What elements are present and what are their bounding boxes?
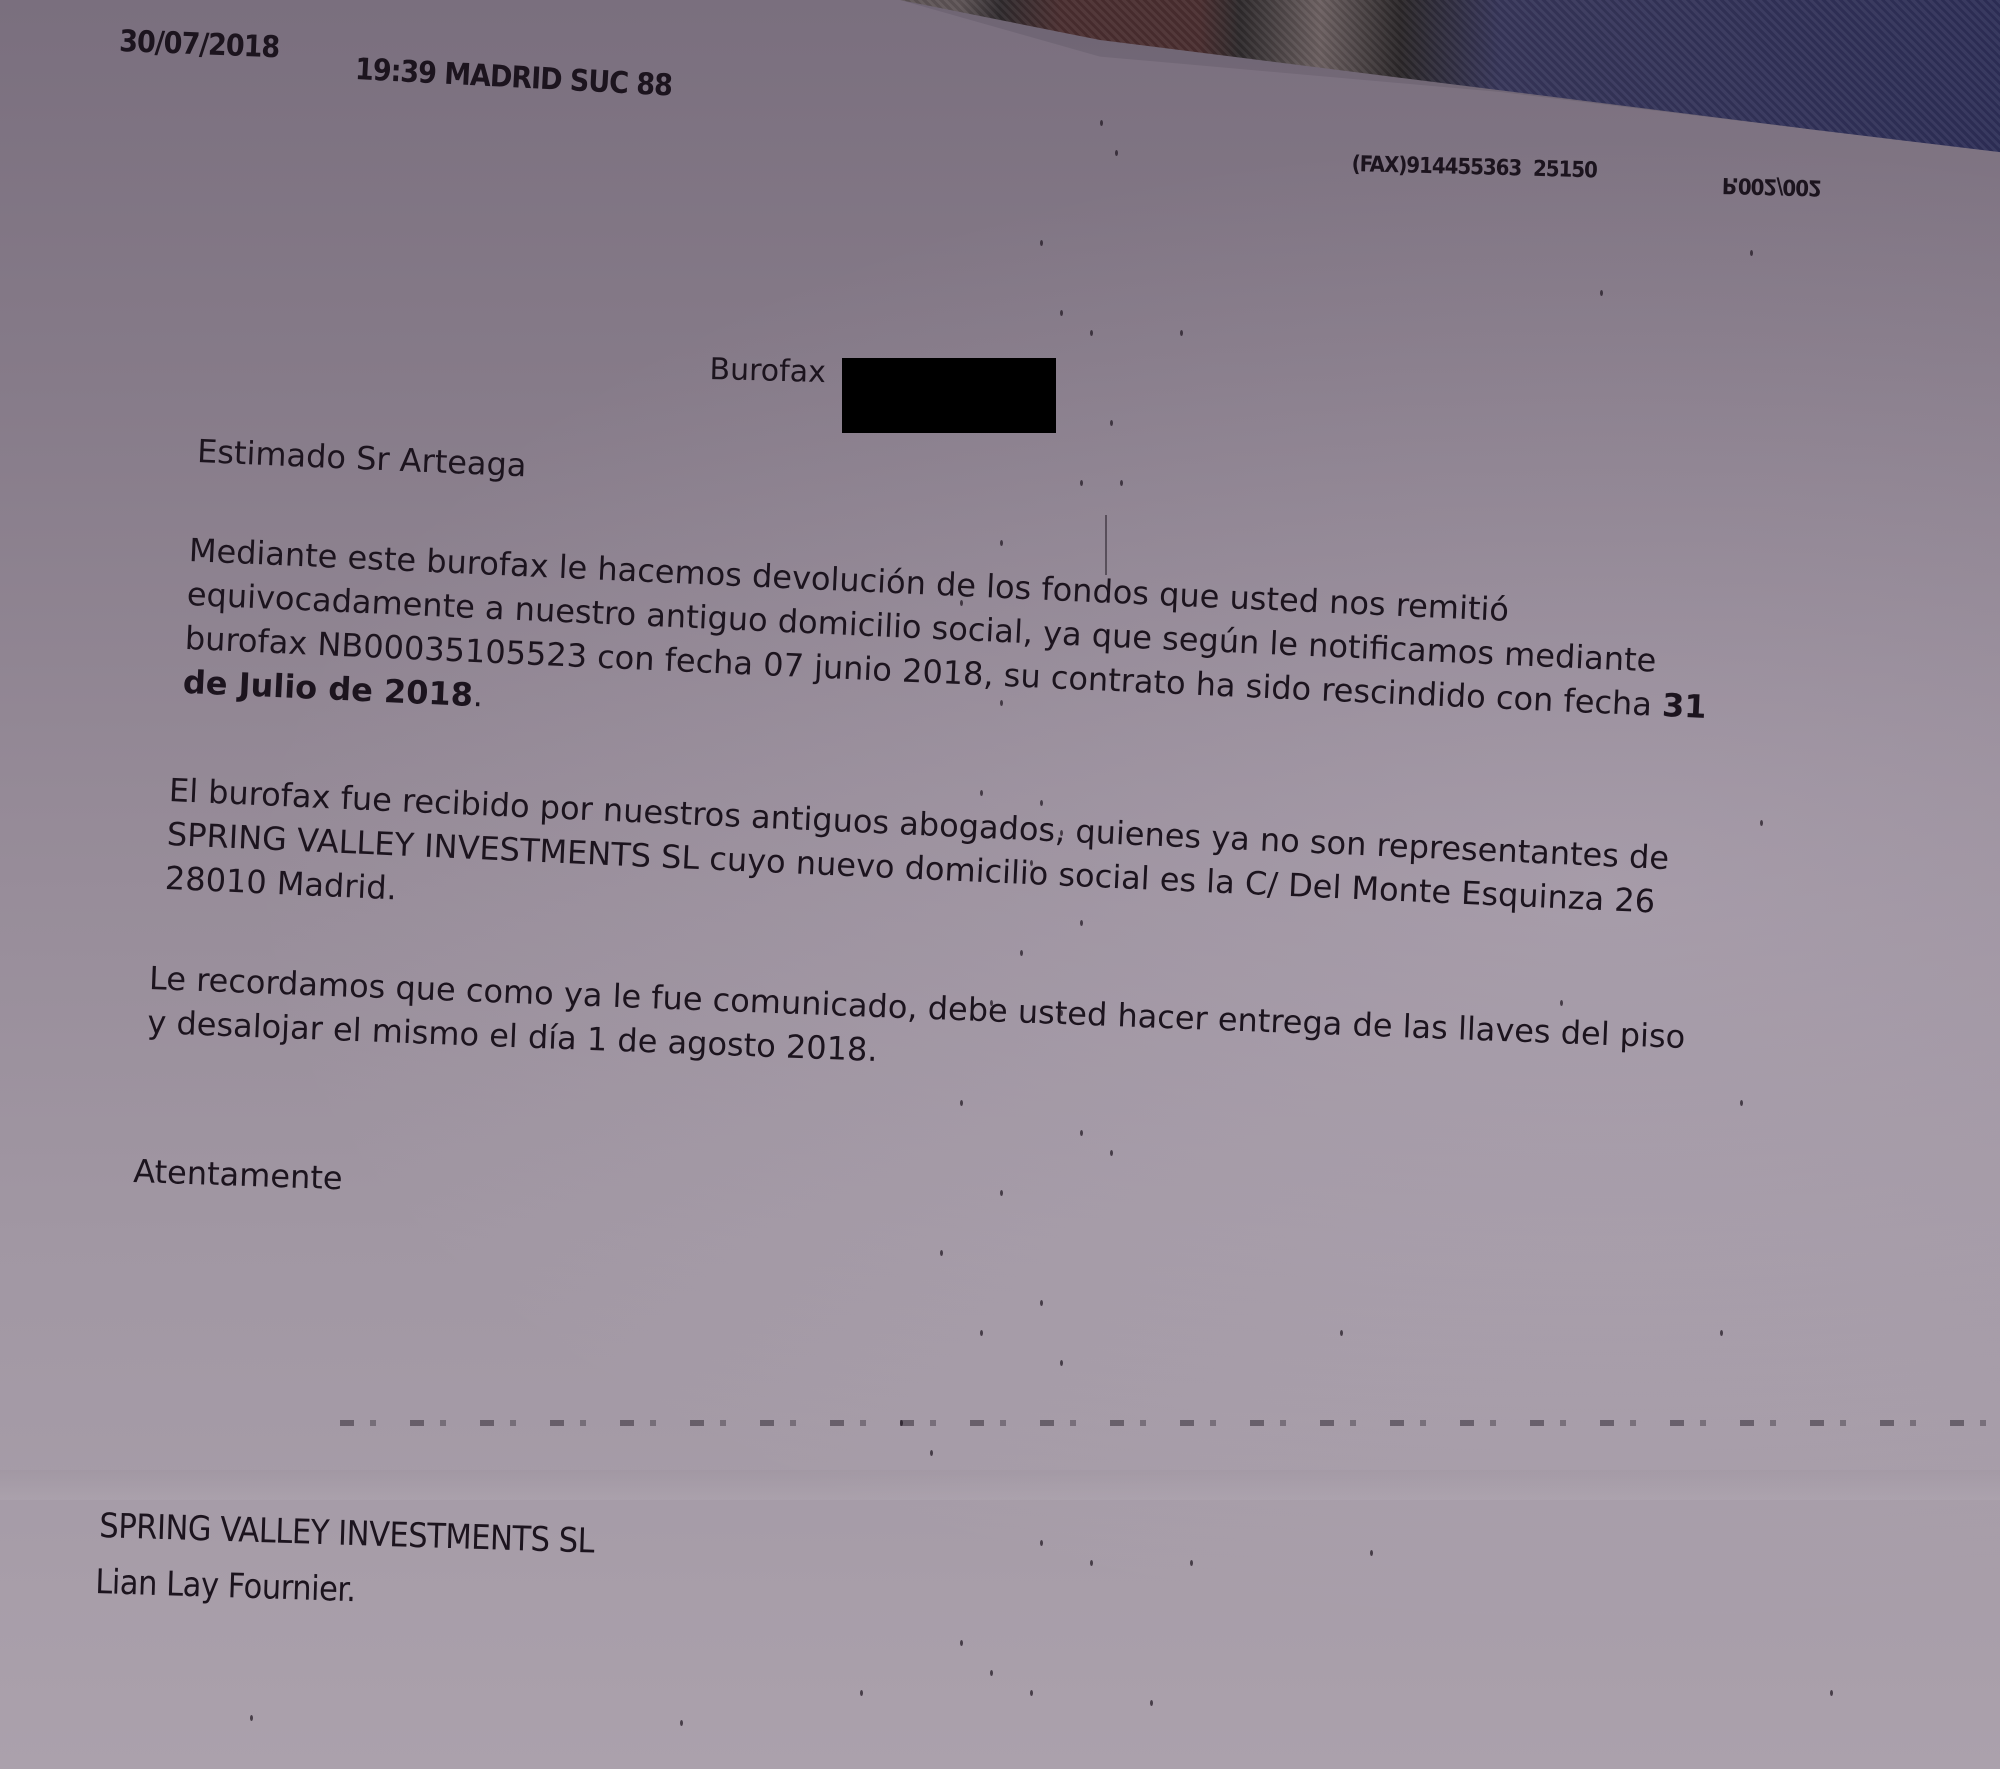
speck xyxy=(960,1100,963,1106)
speck xyxy=(1760,820,1763,826)
speck xyxy=(1030,860,1033,866)
speck xyxy=(1060,1010,1063,1016)
speck xyxy=(1720,1330,1723,1336)
speck xyxy=(1115,150,1118,156)
speck xyxy=(1150,1700,1153,1706)
speck xyxy=(1080,1130,1083,1136)
speck xyxy=(1110,420,1113,426)
document-title: Burofax xyxy=(709,352,826,390)
speck xyxy=(1080,920,1083,926)
speck xyxy=(1060,1360,1063,1366)
speck xyxy=(1080,480,1083,486)
speck xyxy=(940,1250,943,1256)
speck xyxy=(1060,310,1063,316)
redaction-box xyxy=(842,358,1056,433)
speck xyxy=(1030,1690,1033,1696)
speck xyxy=(1740,1100,1743,1106)
paper-fold xyxy=(0,1470,2000,1500)
signature-name: Lian Lay Fournier. xyxy=(95,1562,356,1610)
speck xyxy=(1750,250,1753,256)
paragraph-2: El burofax fue recibido por nuestros ant… xyxy=(164,768,1670,968)
ink-mark xyxy=(1105,515,1107,575)
greeting: Estimado Sr Arteaga xyxy=(196,432,527,484)
speck xyxy=(1560,1000,1563,1006)
speck xyxy=(1090,1560,1093,1566)
speck xyxy=(1040,1540,1043,1546)
speck xyxy=(960,600,963,606)
photo-scene: 30/07/2018 19:39 MADRID SUC 88 (FAX)9144… xyxy=(0,0,2000,1769)
speck xyxy=(1180,330,1183,336)
fax-number-value: (FAX)914455363 xyxy=(1351,152,1521,181)
speck xyxy=(990,1000,993,1006)
paragraph-1: Mediante este burofax le hacemos devoluc… xyxy=(182,528,1712,773)
speck xyxy=(1340,1330,1343,1336)
speck xyxy=(250,1715,253,1721)
speck xyxy=(930,1450,933,1456)
fax-page-indicator: P.002/002 xyxy=(1722,172,1821,200)
speck xyxy=(1020,950,1023,956)
speck xyxy=(680,1720,683,1726)
speck xyxy=(1060,830,1063,836)
bold-date: de Julio de 2018 xyxy=(182,663,474,714)
paragraph-line-text: . xyxy=(472,676,484,714)
signature-company: SPRING VALLEY INVESTMENTS SL xyxy=(99,1506,595,1562)
closing: Atentamente xyxy=(133,1152,344,1197)
speck xyxy=(1100,120,1103,126)
speck xyxy=(1090,330,1093,336)
speck xyxy=(1600,290,1603,296)
speck xyxy=(1000,1190,1003,1196)
speck xyxy=(980,1330,983,1336)
speck xyxy=(1000,540,1003,546)
speck xyxy=(1040,240,1043,246)
speck xyxy=(1830,1690,1833,1696)
bold-date-day: 31 xyxy=(1661,686,1707,726)
fax-date: 30/07/2018 xyxy=(119,24,280,65)
speck xyxy=(1120,480,1123,486)
speck xyxy=(960,1640,963,1646)
paragraph-3: Le recordamos que como ya le fue comunic… xyxy=(147,956,1686,1103)
fax-time-location: 19:39 MADRID SUC 88 xyxy=(354,52,673,104)
speck xyxy=(990,1670,993,1676)
speck xyxy=(1370,1550,1373,1556)
fax-paper: 30/07/2018 19:39 MADRID SUC 88 (FAX)9144… xyxy=(0,0,2000,1769)
speck xyxy=(1040,800,1043,806)
speck xyxy=(980,790,983,796)
speck xyxy=(1040,1300,1043,1306)
speck xyxy=(1110,1150,1113,1156)
speck xyxy=(1000,700,1003,706)
fax-number: (FAX)914455363 25150 xyxy=(1351,152,1597,183)
speck xyxy=(900,1420,903,1426)
speck xyxy=(1190,1560,1193,1566)
fax-noise-line xyxy=(340,1420,2000,1426)
fax-code: 25150 xyxy=(1533,157,1597,184)
speck xyxy=(860,1690,863,1696)
